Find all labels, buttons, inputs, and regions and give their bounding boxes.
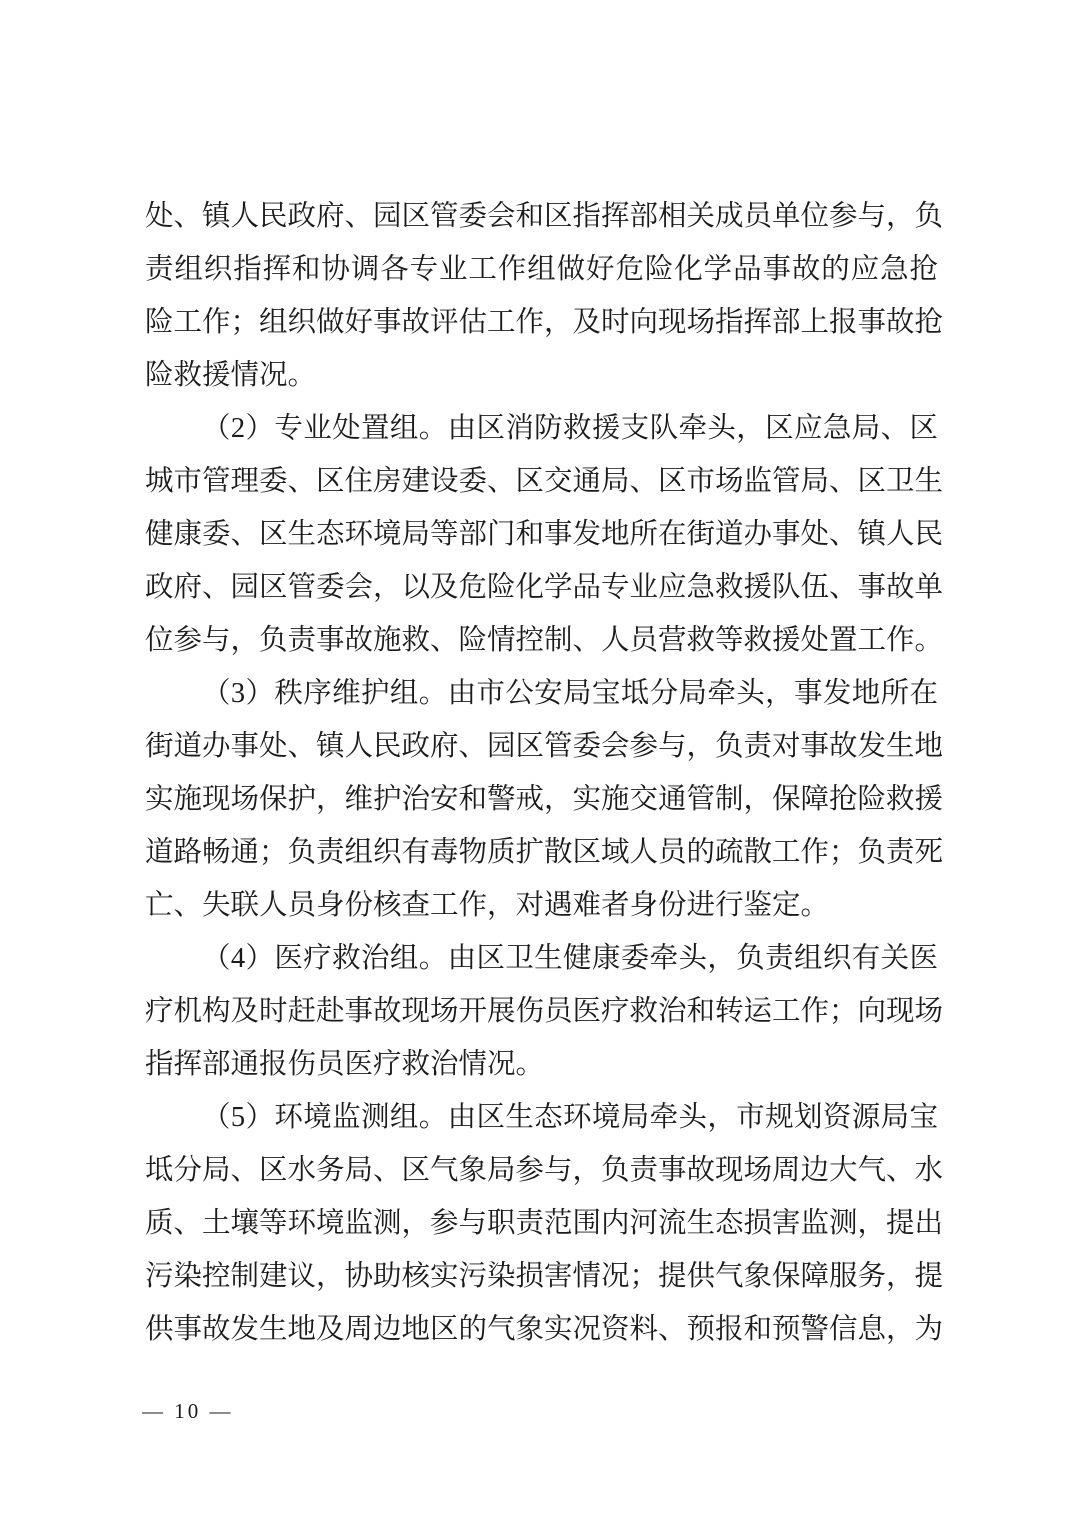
text-line: 实施现场保护，维护治安和警戒，实施交通管制，保障抢险救援	[145, 773, 938, 826]
text-line: 亡、失联人员身份核查工作，对遇难者身份进行鉴定。	[145, 879, 938, 932]
page-number: — 10 —	[142, 1398, 234, 1424]
text-line-paragraph-start: （3）秩序维护组。由市公安局宝坻分局牵头，事发地所在	[145, 667, 938, 720]
text-line: 道路畅通；负责组织有毒物质扩散区域人员的疏散工作；负责死	[145, 826, 938, 879]
text-line-paragraph-start: （2）专业处置组。由区消防救援支队牵头，区应急局、区	[145, 402, 938, 455]
text-line: 街道办事处、镇人民政府、园区管委会参与，负责对事故发生地	[145, 720, 938, 773]
text-line: 城市管理委、区住房建设委、区交通局、区市场监管局、区卫生	[145, 455, 938, 508]
document-page: 处、镇人民政府、园区管委会和区指挥部相关成员单位参与，负 责组织指挥和协调各专业…	[0, 0, 1074, 1520]
text-line: 污染控制建议，协助核实污染损害情况；提供气象保障服务，提	[145, 1250, 938, 1303]
text-line-paragraph-start: （4）医疗救治组。由区卫生健康委牵头，负责组织有关医	[145, 932, 938, 985]
text-line: 质、土壤等环境监测，参与职责范围内河流生态损害监测，提出	[145, 1197, 938, 1250]
text-line: 政府、园区管委会，以及危险化学品专业应急救援队伍、事故单	[145, 561, 938, 614]
text-line: 责组织指挥和协调各专业工作组做好危险化学品事故的应急抢	[145, 243, 938, 296]
text-line: 坻分局、区水务局、区气象局参与，负责事故现场周边大气、水	[145, 1144, 938, 1197]
text-line: 指挥部通报伤员医疗救治情况。	[145, 1038, 938, 1091]
text-line: 供事故发生地及周边地区的气象实况资料、预报和预警信息，为	[145, 1303, 938, 1356]
text-line: 险救援情况。	[145, 349, 938, 402]
text-line: 健康委、区生态环境局等部门和事发地所在街道办事处、镇人民	[145, 508, 938, 561]
text-line: 疗机构及时赶赴事故现场开展伤员医疗救治和转运工作；向现场	[145, 985, 938, 1038]
text-line: 处、镇人民政府、园区管委会和区指挥部相关成员单位参与，负	[145, 190, 938, 243]
body-text: 处、镇人民政府、园区管委会和区指挥部相关成员单位参与，负 责组织指挥和协调各专业…	[145, 190, 938, 1356]
text-line: 险工作；组织做好事故评估工作，及时向现场指挥部上报事故抢	[145, 296, 938, 349]
text-line: 位参与，负责事故施救、险情控制、人员营救等救援处置工作。	[145, 614, 938, 667]
text-line-paragraph-start: （5）环境监测组。由区生态环境局牵头，市规划资源局宝	[145, 1091, 938, 1144]
